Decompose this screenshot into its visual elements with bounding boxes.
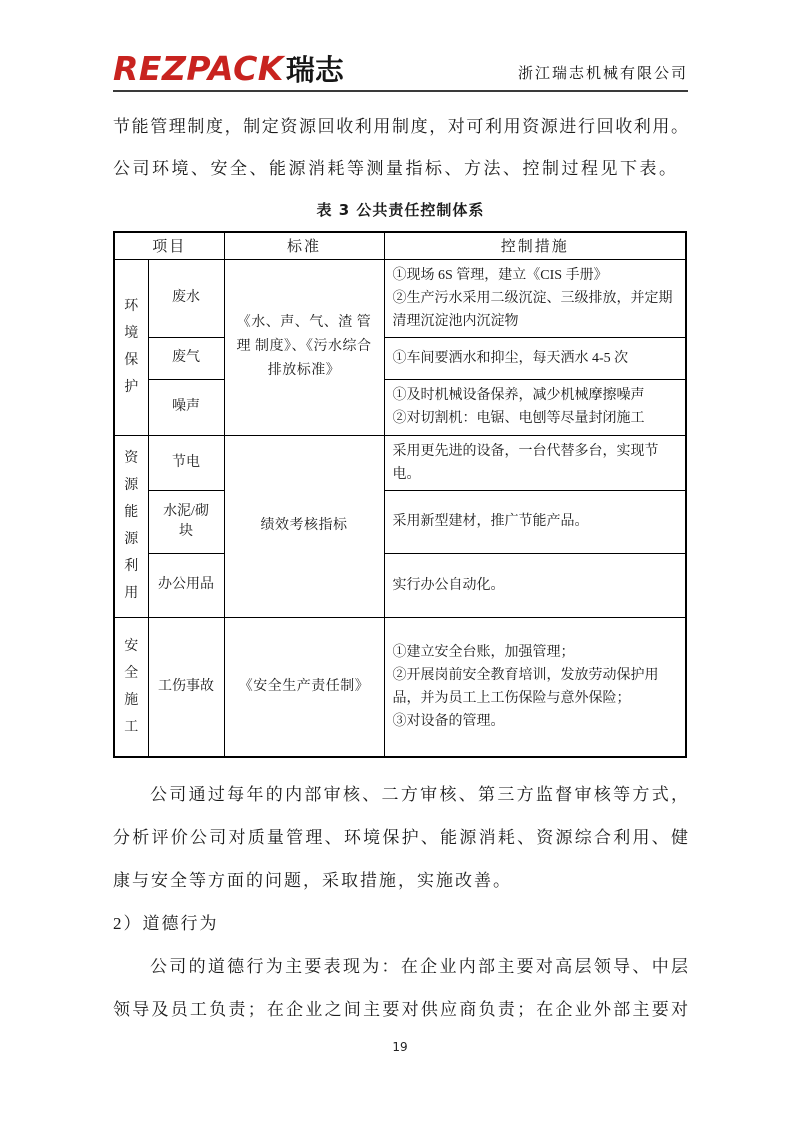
paragraph-line: 公司通过每年的内部审核、二方审核、第三方监督审核等方式， bbox=[113, 773, 688, 816]
category-environment: 环境保护 bbox=[114, 259, 148, 435]
paragraph-line: 分析评价公司对质量管理、环境保护、能源消耗、资源综合利用、健 bbox=[113, 816, 688, 859]
table-row: 办公用品 实行办公自动化。 bbox=[114, 553, 686, 617]
paragraph-line: 公司环境、安全、能源消耗等测量指标、方法、控制过程见下表。 bbox=[113, 148, 688, 190]
paragraph-ethics: 公司的道德行为主要表现为：在企业内部主要对高层领导、中层 领导及员工负责；在企业… bbox=[113, 945, 688, 1031]
standard-safety-responsibility: 《安全生产责任制》 bbox=[224, 617, 384, 757]
table-row: 安全施工 工伤事故 《安全生产责任制》 ①建立安全台账，加强管理； ②开展岗前安… bbox=[114, 617, 686, 757]
paragraph-recycling: 节能管理制度，制定资源回收利用制度，对可利用资源进行回收利用。 公司环境、安全、… bbox=[113, 106, 688, 190]
measures-power-saving: 采用更先进的设备，一台代替多台，实现节电。 bbox=[384, 435, 686, 490]
measures-wastewater: ①现场 6S 管理，建立《CIS 手册》 ②生产污水采用二级沉淀、三级排放，并定… bbox=[384, 259, 686, 337]
paragraph-line: 公司的道德行为主要表现为：在企业内部主要对高层领导、中层 bbox=[113, 945, 688, 988]
logo-chinese-name: 瑞志 bbox=[286, 56, 344, 85]
section-heading-ethics: 2）道德行为 bbox=[113, 902, 688, 945]
measures-office-supplies: 实行办公自动化。 bbox=[384, 553, 686, 617]
company-logo: REZPACK 瑞志 bbox=[113, 52, 344, 85]
table-row: 废气 ①车间要洒水和抑尘，每天洒水 4-5 次 bbox=[114, 337, 686, 379]
table-row: 资源能源利用 节电 绩效考核指标 采用更先进的设备，一台代替多台，实现节电。 bbox=[114, 435, 686, 490]
standard-environment: 《水、声、气、渣 管 理 制度》、《污水综合 排放标准》 bbox=[224, 259, 384, 435]
page-content: REZPACK 瑞志 浙江瑞志机械有限公司 节能管理制度，制定资源回收利用制度，… bbox=[113, 0, 688, 1031]
category-resources-energy: 资源能源利用 bbox=[114, 435, 148, 617]
category-safe-construction: 安全施工 bbox=[114, 617, 148, 757]
item-office-supplies: 办公用品 bbox=[148, 553, 224, 617]
table-header-row: 项目 标准 控制措施 bbox=[114, 232, 686, 259]
item-work-injury: 工伤事故 bbox=[148, 617, 224, 757]
table-caption: 表 3 公共责任控制体系 bbox=[113, 199, 688, 220]
table-row: 环境保护 废水 《水、声、气、渣 管 理 制度》、《污水综合 排放标准》 ①现场… bbox=[114, 259, 686, 337]
measures-exhaust-gas: ①车间要洒水和抑尘，每天洒水 4-5 次 bbox=[384, 337, 686, 379]
item-exhaust-gas: 废气 bbox=[148, 337, 224, 379]
item-noise: 噪声 bbox=[148, 379, 224, 435]
page-header: REZPACK 瑞志 浙江瑞志机械有限公司 bbox=[113, 0, 688, 92]
item-cement-block: 水泥/砌 块 bbox=[148, 490, 224, 553]
item-wastewater: 废水 bbox=[148, 259, 224, 337]
company-name: 浙江瑞志机械有限公司 bbox=[518, 62, 688, 85]
paragraph-line: 节能管理制度，制定资源回收利用制度，对可利用资源进行回收利用。 bbox=[113, 106, 688, 148]
public-responsibility-table: 项目 标准 控制措施 环境保护 废水 《水、声、气、渣 管 理 制度》、《污水综… bbox=[113, 231, 687, 758]
logo-rezpack-wordmark: REZPACK bbox=[113, 52, 284, 85]
header-standard: 标准 bbox=[224, 232, 384, 259]
table-row: 水泥/砌 块 采用新型建材，推广节能产品。 bbox=[114, 490, 686, 553]
header-item: 项目 bbox=[114, 232, 224, 259]
measures-work-injury: ①建立安全台账，加强管理； ②开展岗前安全教育培训，发放劳动保护用 品，并为员工… bbox=[384, 617, 686, 757]
paragraph-line: 领导及员工负责；在企业之间主要对供应商负责；在企业外部主要对 bbox=[113, 988, 688, 1031]
paragraph-audit: 公司通过每年的内部审核、二方审核、第三方监督审核等方式， 分析评价公司对质量管理… bbox=[113, 773, 688, 902]
page-number: 19 bbox=[0, 1040, 800, 1054]
measures-noise: ①及时机械设备保养，减少机械摩擦噪声 ②对切割机：电锯、电刨等尽量封闭施工 bbox=[384, 379, 686, 435]
table-row: 噪声 ①及时机械设备保养，减少机械摩擦噪声 ②对切割机：电锯、电刨等尽量封闭施工 bbox=[114, 379, 686, 435]
item-power-saving: 节电 bbox=[148, 435, 224, 490]
measures-cement-block: 采用新型建材，推广节能产品。 bbox=[384, 490, 686, 553]
standard-performance: 绩效考核指标 bbox=[224, 435, 384, 617]
paragraph-line: 康与安全等方面的问题，采取措施，实施改善。 bbox=[113, 859, 688, 902]
document-page: REZPACK 瑞志 浙江瑞志机械有限公司 节能管理制度，制定资源回收利用制度，… bbox=[0, 0, 800, 1131]
header-measures: 控制措施 bbox=[384, 232, 686, 259]
